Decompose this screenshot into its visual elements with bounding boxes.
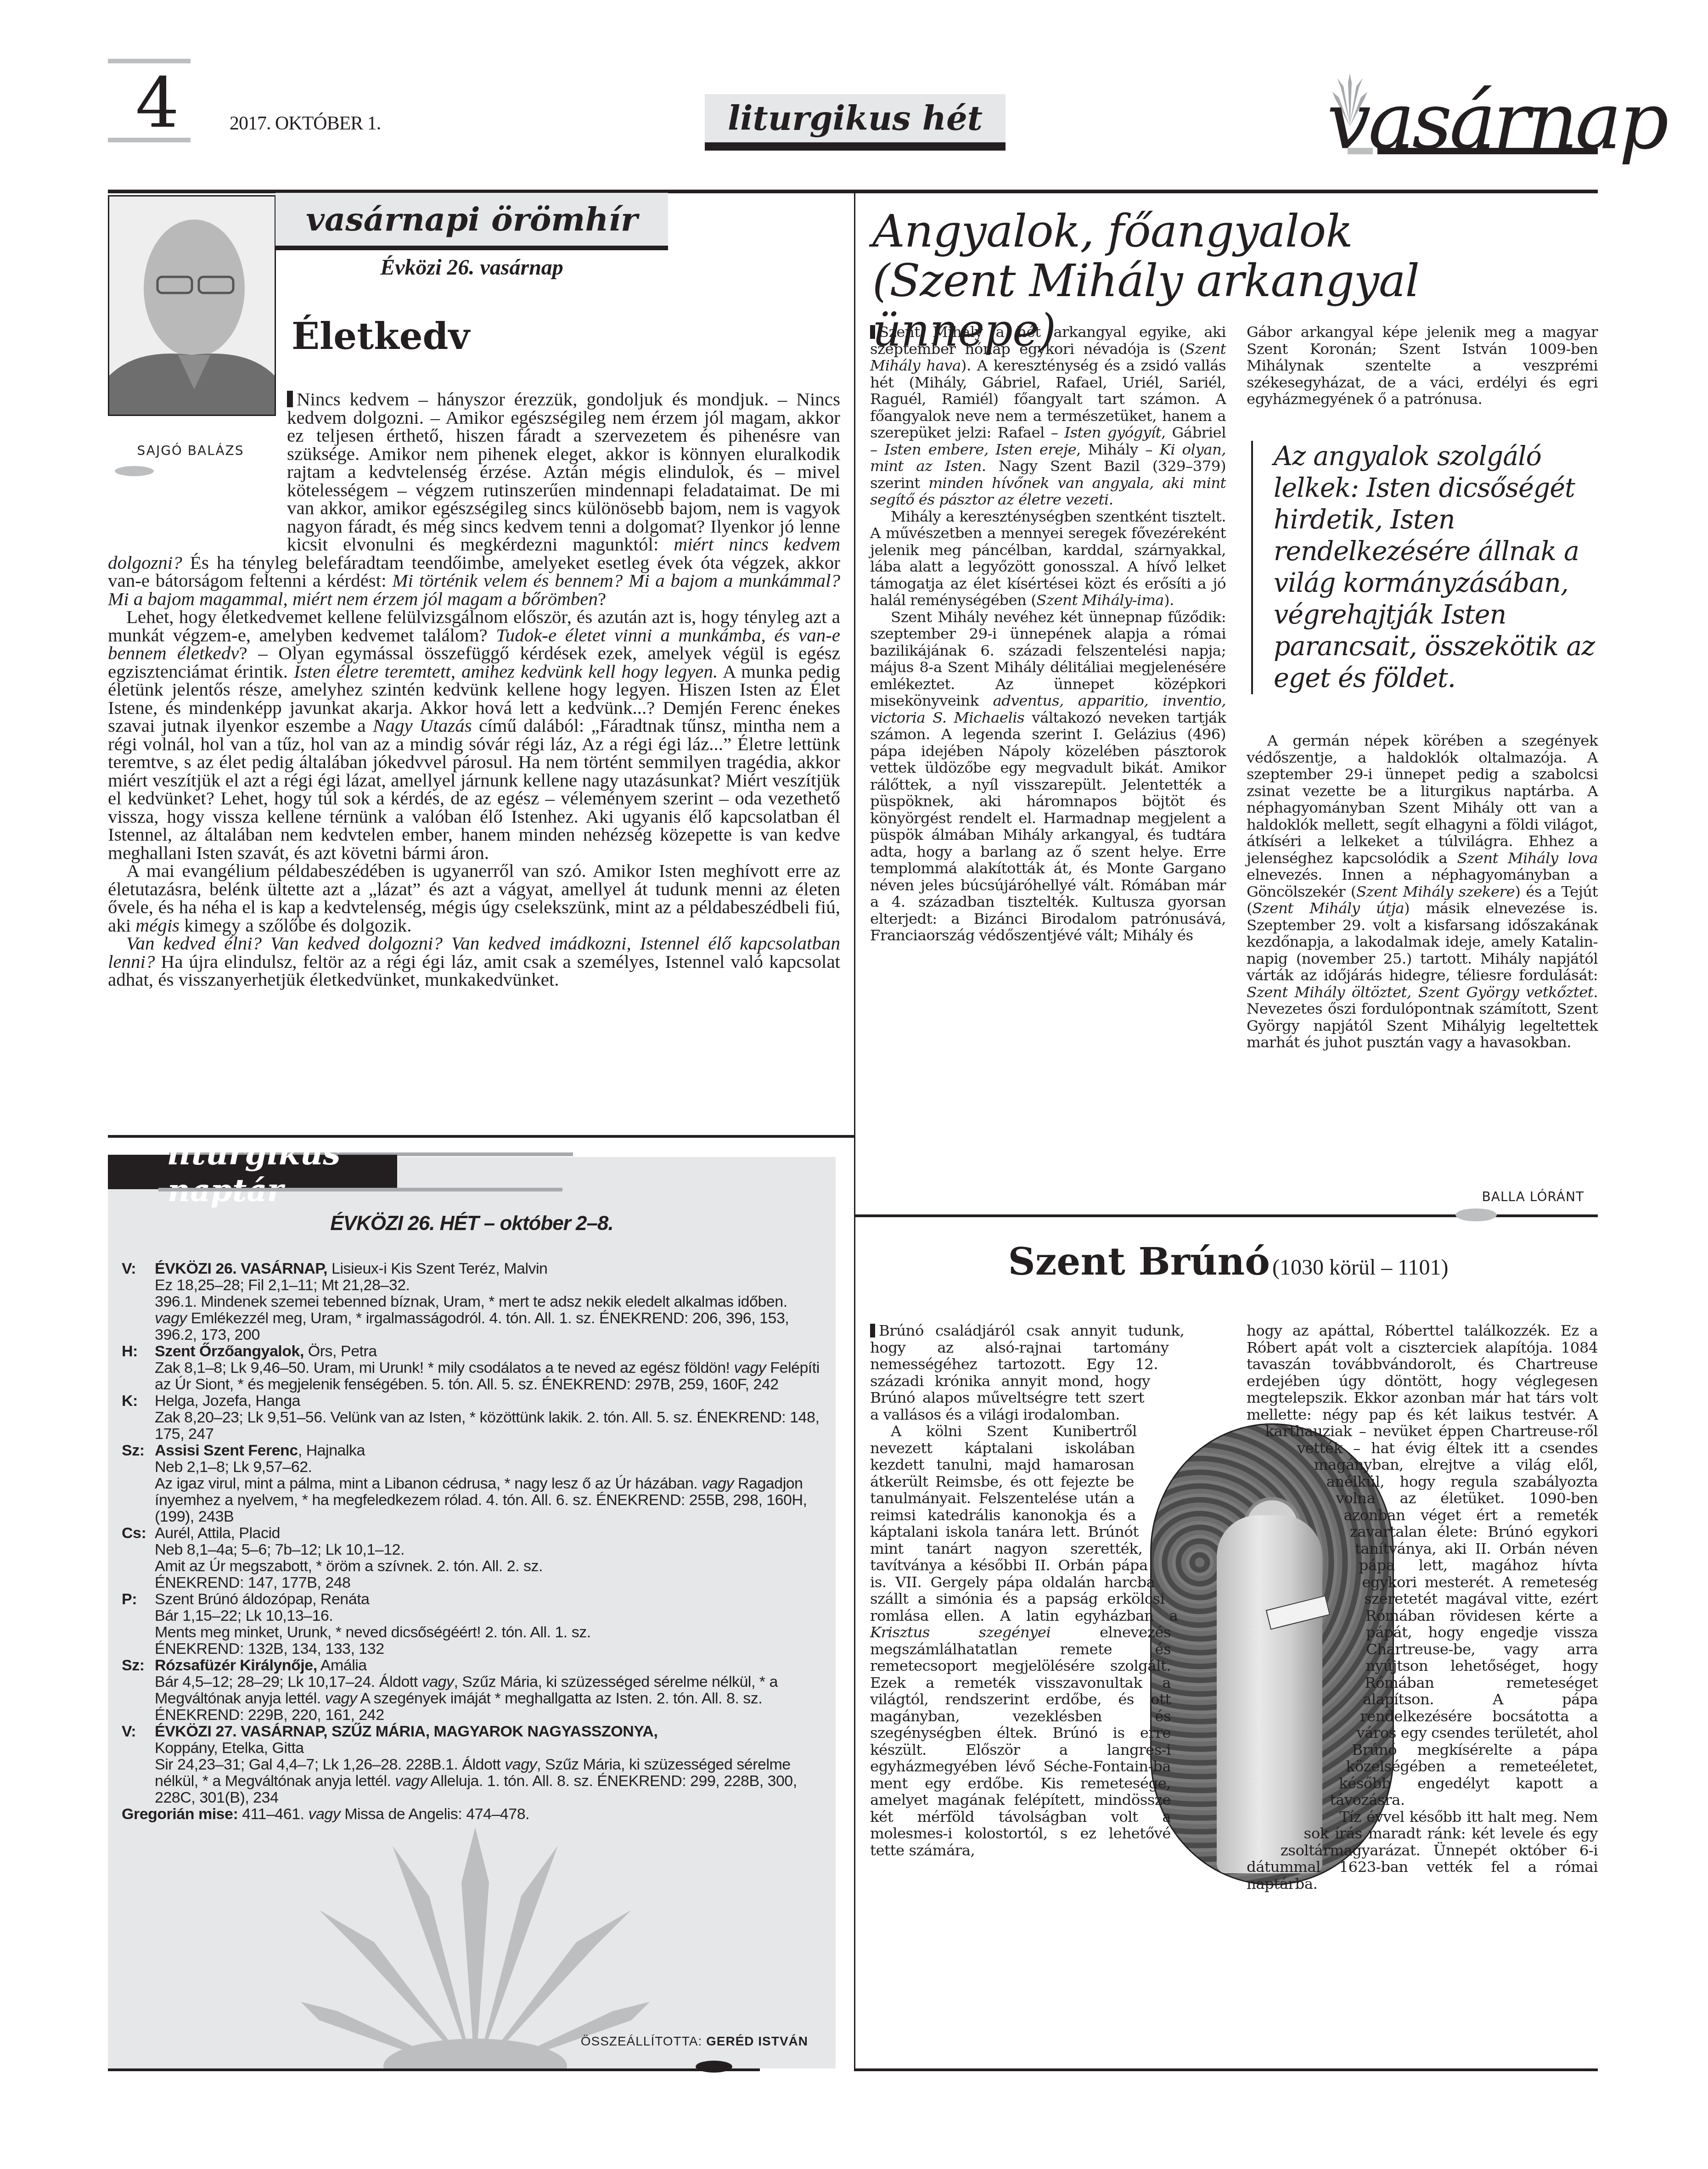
- day-text: Szent Brúnó áldozópap, RenátaBár 1,15–22…: [155, 1591, 820, 1657]
- day-key: Sz:: [122, 1442, 155, 1525]
- bruno-title: Szent Brúnó (1030 körül – 1101): [859, 1240, 1598, 1284]
- article-subtitle: Évközi 26. vasárnap: [275, 255, 668, 280]
- calendar-credit: ÖSSZEÁLLÍTOTTA: GERÉD ISTVÁN: [551, 2034, 808, 2049]
- lead-marker-icon: [870, 1324, 875, 1337]
- article-paragraph: Mihály a kereszténységben szentként tisz…: [870, 508, 1226, 609]
- calendar-day: Cs:Aurél, Attila, PlacidNeb 8,1–4a; 5–6;…: [122, 1525, 820, 1591]
- calendar-subtitle: ÉVKÖZI 26. HÉT – október 2–8.: [108, 1212, 836, 1235]
- day-text: Rózsafüzér Királynője, AmáliaBár 4,5–12;…: [155, 1657, 820, 1723]
- article-paragraph: Szent Mihály nevéhez két ünnepnap fűződi…: [870, 609, 1226, 944]
- bruno-col-2: hogy az apáttal, Róberttel találkozzék. …: [1247, 1322, 1598, 1892]
- day-key: V:: [122, 1723, 155, 1806]
- day-key: K:: [122, 1393, 155, 1442]
- gregorian-mass: Gregorián mise: 411–461. vagy Missa de A…: [122, 1806, 820, 1822]
- page-number-bar-top: [108, 59, 191, 63]
- day-text: Szent Őrzőangyalok, Örs, PetraZak 8,1–8;…: [155, 1343, 820, 1393]
- page-number-bar-bottom: [108, 138, 191, 142]
- article-paragraph: Van kedved élni? Van kedved dolgozni? Va…: [108, 934, 840, 989]
- article-paragraph: Gábor arkangyal képe jelenik meg a magya…: [1247, 324, 1598, 408]
- bruno-title-name: Szent Brúnó: [1008, 1240, 1270, 1284]
- calendar-day: P:Szent Brúnó áldozópap, RenátaBár 1,15–…: [122, 1591, 820, 1657]
- angels-col-1: Szent Mihály a hét arkangyal egyike, aki…: [870, 324, 1226, 944]
- article-paragraph: Szent Mihály a hét arkangyal egyike, aki…: [870, 324, 1226, 508]
- float-spacer: [1171, 1630, 1226, 1887]
- calendar-title-bar-bottom: [158, 1188, 562, 1191]
- section-label: liturgikus hét: [705, 94, 1006, 151]
- calendar-day: V:ÉVKÖZI 26. VASÁRNAP, Lisieux-i Kis Sze…: [122, 1260, 820, 1343]
- calendar-day: K:Helga, Jozefa, HangaZak 8,20–23; Lk 9,…: [122, 1393, 820, 1442]
- lead-marker-icon: [870, 325, 875, 339]
- issue-date: 2017. OKTÓBER 1.: [230, 112, 381, 135]
- day-text: Aurél, Attila, PlacidNeb 8,1–4a; 5–6; 7b…: [155, 1525, 820, 1591]
- angels-author: BALLA LÓRÁNT: [1446, 1189, 1584, 1204]
- day-key: H:: [122, 1343, 155, 1393]
- calendar-day: V:ÉVKÖZI 27. VASÁRNAP, SZŰZ MÁRIA, MAGYA…: [122, 1723, 820, 1806]
- angels-col-2-top: Gábor arkangyal képe jelenik meg a magya…: [1247, 324, 1598, 408]
- bruno-title-dates: (1030 körül – 1101): [1272, 1255, 1449, 1280]
- calendar-day: Sz:Rózsafüzér Királynője, AmáliaBár 4,5–…: [122, 1657, 820, 1723]
- calendar-title: liturgikus naptár: [108, 1155, 397, 1189]
- day-text: ÉVKÖZI 26. VASÁRNAP, Lisieux-i Kis Szent…: [155, 1260, 820, 1343]
- pull-quote: Az angyalok szolgáló lelkek: Isten dicső…: [1251, 441, 1604, 694]
- calendar-day: H:Szent Őrzőangyalok, Örs, PetraZak 8,1–…: [122, 1343, 820, 1393]
- author-photo: [108, 195, 276, 416]
- bruno-col-1: Brúnó családjáról csak annyit tudunk, ho…: [870, 1322, 1226, 1887]
- day-key: V:: [122, 1260, 155, 1343]
- day-key: Cs:: [122, 1525, 155, 1591]
- calendar-list: V:ÉVKÖZI 26. VASÁRNAP, Lisieux-i Kis Sze…: [122, 1260, 820, 1822]
- column-label-text: vasárnapi örömhír: [306, 200, 638, 238]
- section-label-text: liturgikus hét: [728, 99, 983, 138]
- lead-marker-icon: [287, 391, 293, 407]
- float-spacer: [108, 390, 287, 551]
- logo-bar: [1377, 148, 1598, 154]
- credit-name: GERÉD ISTVÁN: [706, 2034, 808, 2048]
- day-text: Helga, Jozefa, HangaZak 8,20–23; Lk 9,51…: [155, 1393, 820, 1442]
- article-paragraph: A germán népek körében a szegények védős…: [1247, 732, 1598, 1051]
- day-key: Sz:: [122, 1657, 155, 1723]
- article-paragraph: A mai evangélium példabeszédében is ugya…: [108, 862, 840, 934]
- bottom-oval: [696, 2061, 732, 2073]
- sunburst-decoration-icon: [301, 1827, 650, 2068]
- logo-bar-gray: [1348, 148, 1373, 154]
- calendar-day: Sz:Assisi Szent Ferenc, HajnalkaNeb 2,1–…: [122, 1442, 820, 1525]
- day-text: Assisi Szent Ferenc, HajnalkaNeb 2,1–8; …: [155, 1442, 820, 1525]
- author-oval: [1455, 1208, 1497, 1221]
- article-title: Életkedv: [292, 315, 470, 358]
- angels-col-2-bottom: A germán népek körében a szegények védős…: [1247, 732, 1598, 1051]
- title-line-1: Angyalok, főangyalok: [872, 207, 1598, 256]
- portrait-icon: [109, 197, 275, 415]
- article-paragraph: Lehet, hogy életkedvemet kellene felülvi…: [108, 608, 840, 862]
- column-label: vasárnapi örömhír: [275, 193, 668, 250]
- article-paragraph: Brúnó családjáról csak annyit tudunk, ho…: [870, 1322, 1226, 1423]
- calendar-bottom-rule: [108, 2068, 760, 2071]
- day-key: P:: [122, 1591, 155, 1657]
- bruno-end-rule: [855, 2068, 1598, 2071]
- column-divider: [854, 193, 855, 2071]
- credit-label: ÖSSZEÁLLÍTOTTA:: [581, 2034, 702, 2048]
- page-number: 4: [135, 69, 179, 138]
- article-body: Nincs kedvem – hányszor érezzük, gondolj…: [108, 390, 840, 989]
- day-text: ÉVKÖZI 27. VASÁRNAP, SZŰZ MÁRIA, MAGYARO…: [155, 1723, 820, 1806]
